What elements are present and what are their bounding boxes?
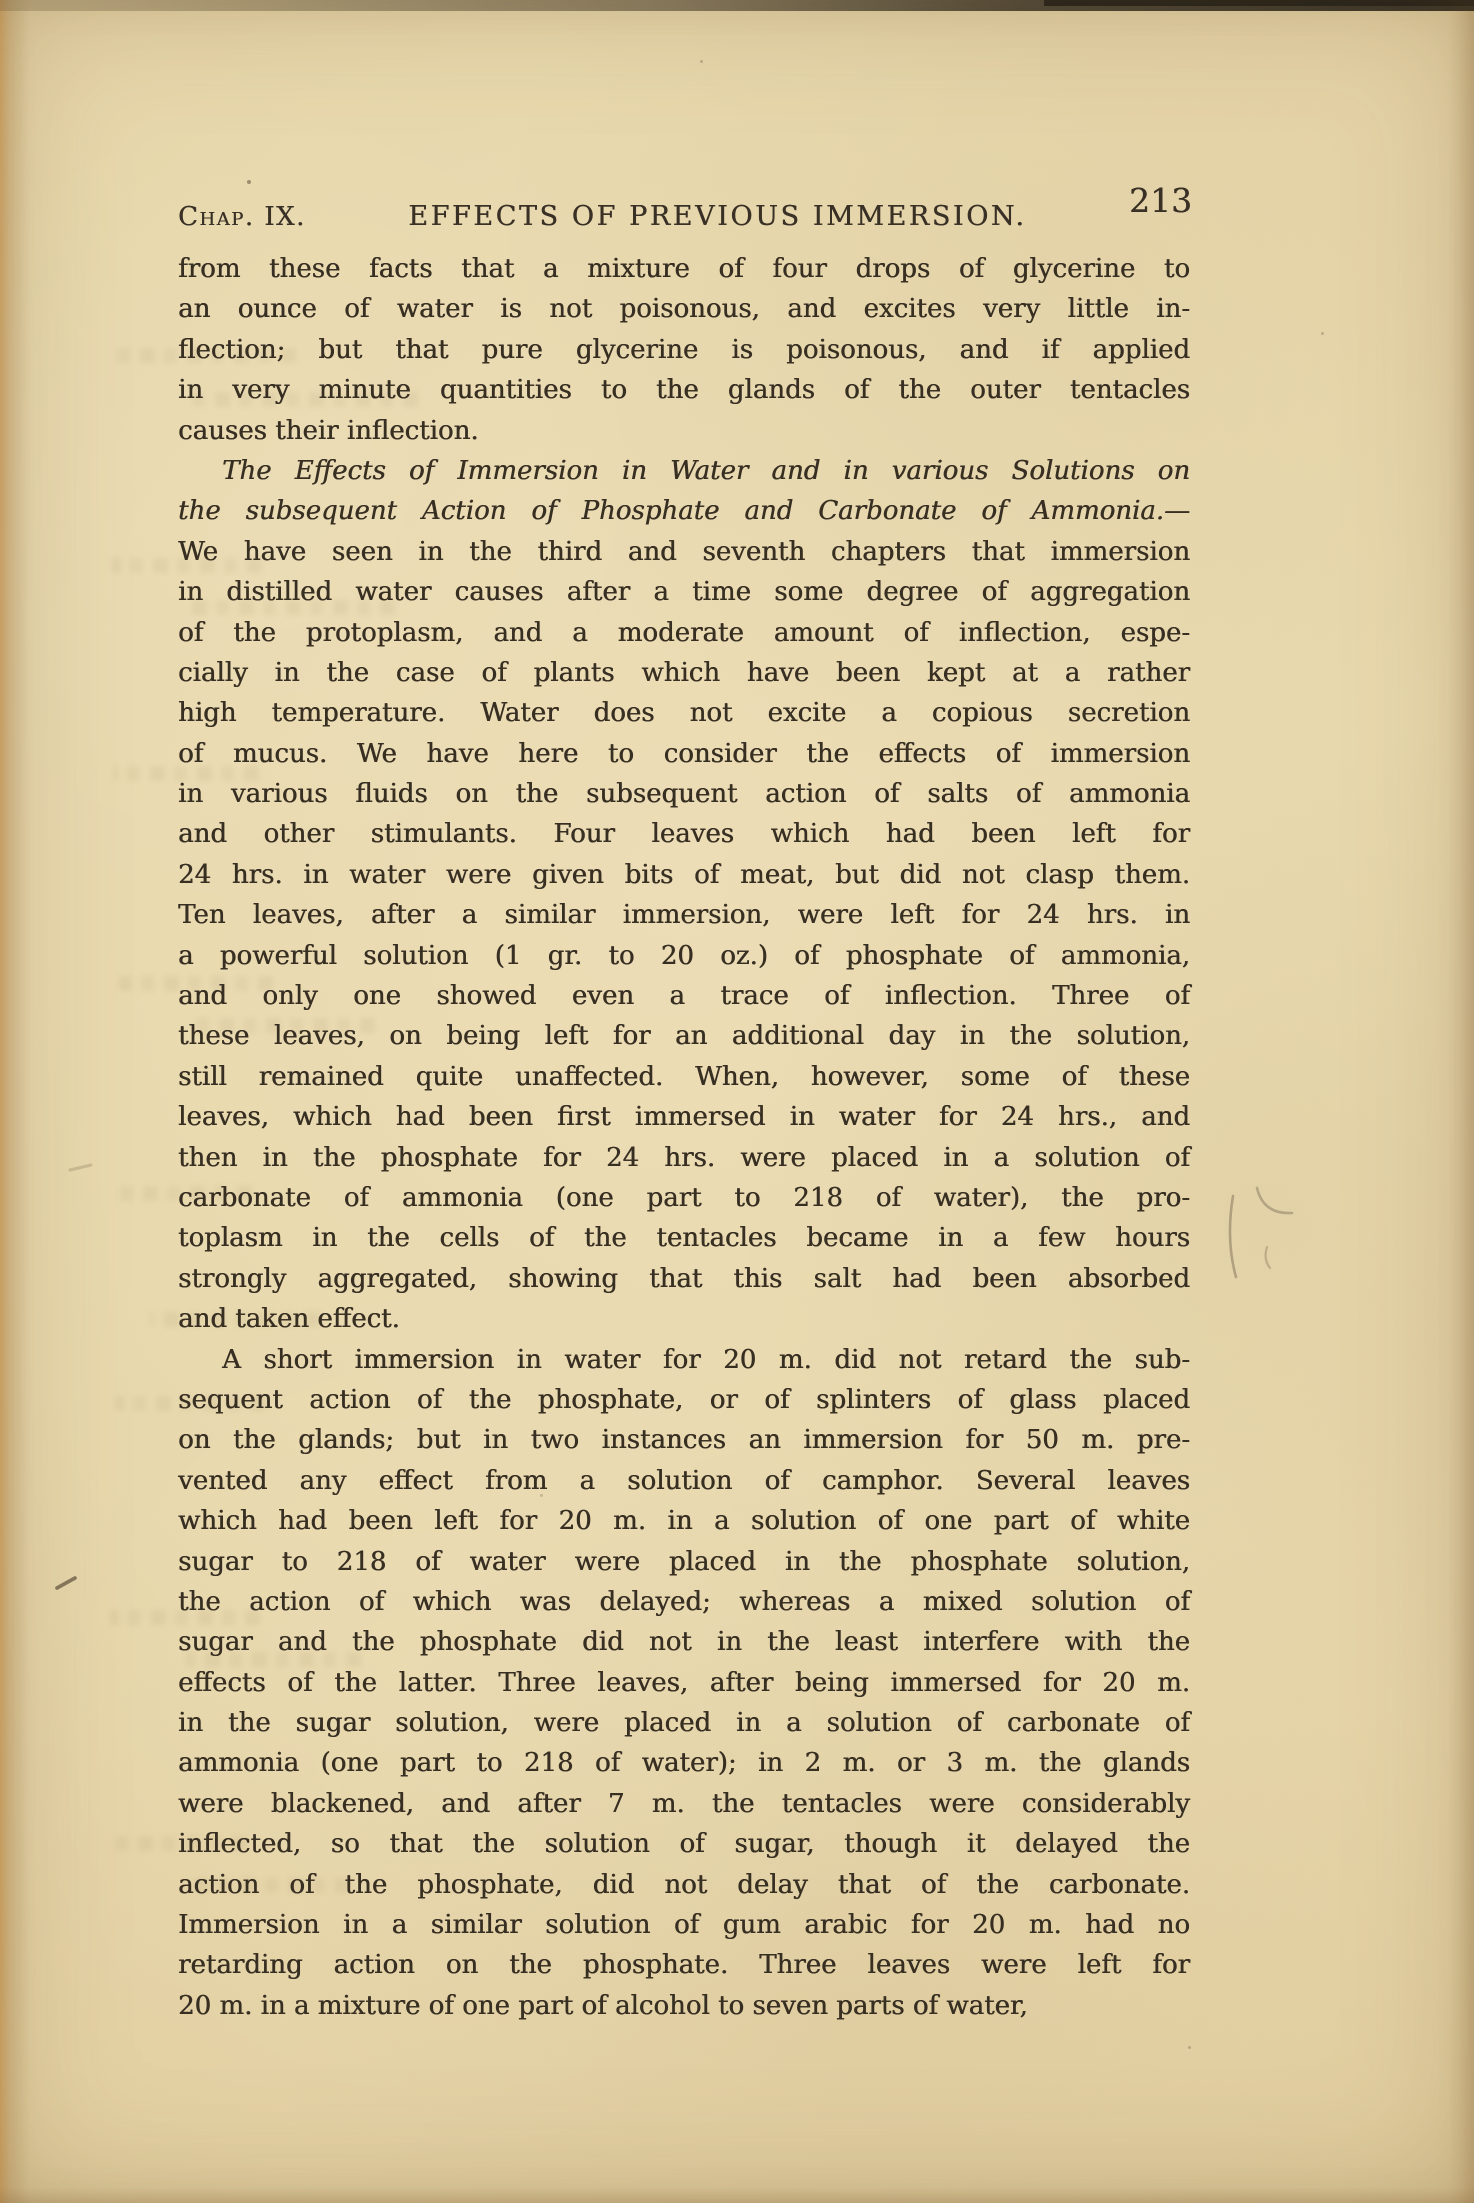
text-line: an ounce of water is not poisonous, and … (178, 289, 1190, 329)
text-line: of mucus. We have here to consider the e… (178, 734, 1190, 774)
text-line: sequent action of the phosphate, or of s… (178, 1380, 1190, 1420)
text-line: Immersion in a similar solution of gum a… (178, 1905, 1190, 1945)
pen-mark-vertical (1230, 1196, 1236, 1277)
text-line: vented any effect from a solution of cam… (178, 1461, 1190, 1501)
page-number: 213 (1129, 181, 1192, 220)
text-line: the action of which was delayed; whereas… (178, 1582, 1190, 1622)
text-line: cially in the case of plants which have … (178, 653, 1190, 693)
text-line: A short immersion in water for 20 m. did… (178, 1340, 1190, 1380)
text-line: 20 m. in a mixture of one part of alcoho… (178, 1986, 1190, 2026)
text-line: inflected, so that the solution of sugar… (178, 1824, 1190, 1864)
text-line: effects of the latter. Three leaves, aft… (178, 1663, 1190, 1703)
page-top-edge-shadow (0, 0, 1474, 11)
text-line: were blackened, and after 7 m. the tenta… (178, 1784, 1190, 1824)
chapter-label: Chap. IX. (178, 202, 306, 232)
text-line: ammonia (one part to 218 of water); in 2… (178, 1743, 1190, 1783)
page-right-edge-shadow (1448, 0, 1474, 2203)
scanned-book-page: Chap. IX. EFFECTS OF PREVIOUS IMMERSION.… (0, 0, 1474, 2203)
paper-speck (1188, 2046, 1191, 2049)
pen-mark-hook (1257, 1188, 1292, 1213)
paper-speck (700, 60, 703, 63)
text-line: high temperature. Water does not excite … (178, 693, 1190, 733)
text-line: in distilled water causes after a time s… (178, 572, 1190, 612)
text-line: the subsequent Action of Phosphate and C… (178, 491, 1190, 531)
text-line: a powerful solution (1 gr. to 20 oz.) of… (178, 936, 1190, 976)
text-line: sugar to 218 of water were placed in the… (178, 1542, 1190, 1582)
text-line: action of the phosphate, did not delay t… (178, 1865, 1190, 1905)
text-line: carbonate of ammonia (one part to 218 of… (178, 1178, 1190, 1218)
text-line: flection; but that pure glycerine is poi… (178, 330, 1190, 370)
text-line: retarding action on the phosphate. Three… (178, 1945, 1190, 1985)
running-header: Chap. IX. EFFECTS OF PREVIOUS IMMERSION.… (178, 194, 1192, 233)
paper-speck (247, 180, 251, 184)
text-line: The Effects of Immersion in Water and in… (178, 451, 1190, 491)
text-line: which had been left for 20 m. in a solut… (178, 1501, 1190, 1541)
text-line: in the sugar solution, were placed in a … (178, 1703, 1190, 1743)
text-line: in various fluids on the subsequent acti… (178, 774, 1190, 814)
text-line: toplasm in the cells of the tentacles be… (178, 1218, 1190, 1258)
page-title: EFFECTS OF PREVIOUS IMMERSION. (408, 201, 1026, 232)
text-line: still remained quite unaffected. When, h… (178, 1057, 1190, 1097)
text-line: of the protoplasm, and a moderate amount… (178, 613, 1190, 653)
text-line: in very minute quantities to the glands … (178, 370, 1190, 410)
text-block: from these facts that a mixture of four … (178, 249, 1190, 2026)
text-line: We have seen in the third and seventh ch… (178, 532, 1190, 572)
text-line: sugar and the phosphate did not in the l… (178, 1622, 1190, 1662)
pen-mark-tick (1266, 1247, 1270, 1268)
text-line: strongly aggregated, showing that this s… (178, 1259, 1190, 1299)
text-line: 24 hrs. in water were given bits of meat… (178, 855, 1190, 895)
page-left-edge-shadow (0, 0, 30, 2203)
text-line: leaves, which had been first immersed in… (178, 1097, 1190, 1137)
text-line: on the glands; but in two instances an i… (178, 1420, 1190, 1460)
text-line: causes their inflection. (178, 411, 1190, 451)
text-line: Ten leaves, after a similar immersion, w… (178, 895, 1190, 935)
paper-speck (1321, 332, 1324, 335)
text-line: these leaves, on being left for an addit… (178, 1016, 1190, 1056)
text-line: and other stimulants. Four leaves which … (178, 814, 1190, 854)
text-line: from these facts that a mixture of four … (178, 249, 1190, 289)
page-bottom-edge-shadow (0, 2187, 1474, 2203)
pen-mark-left-smudge (70, 1165, 91, 1170)
text-line: then in the phosphate for 24 hrs. were p… (178, 1138, 1190, 1178)
text-line: and taken effect. (178, 1299, 1190, 1339)
text-line: and only one showed even a trace of infl… (178, 976, 1190, 1016)
pen-mark-left-dash (57, 1578, 75, 1588)
page-top-right-dark-edge (1044, 0, 1474, 6)
